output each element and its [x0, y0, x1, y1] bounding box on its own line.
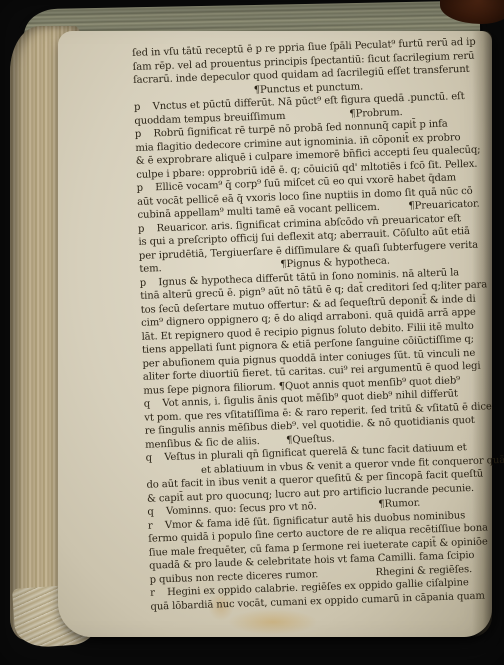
photo-frame: ſed in vſu tātū receptū ē p re ppria ſiu… — [0, 0, 504, 665]
page-text: ſed in vſu tātū receptū ē p re ppria ſiu… — [132, 35, 501, 613]
inline-heading: ¶Rumor. — [378, 497, 420, 512]
paper-stain — [228, 609, 318, 635]
line-text: tem. — [139, 263, 162, 275]
book-page: ſed in vſu tātū receptū ē p re ppria ſiu… — [58, 31, 492, 637]
